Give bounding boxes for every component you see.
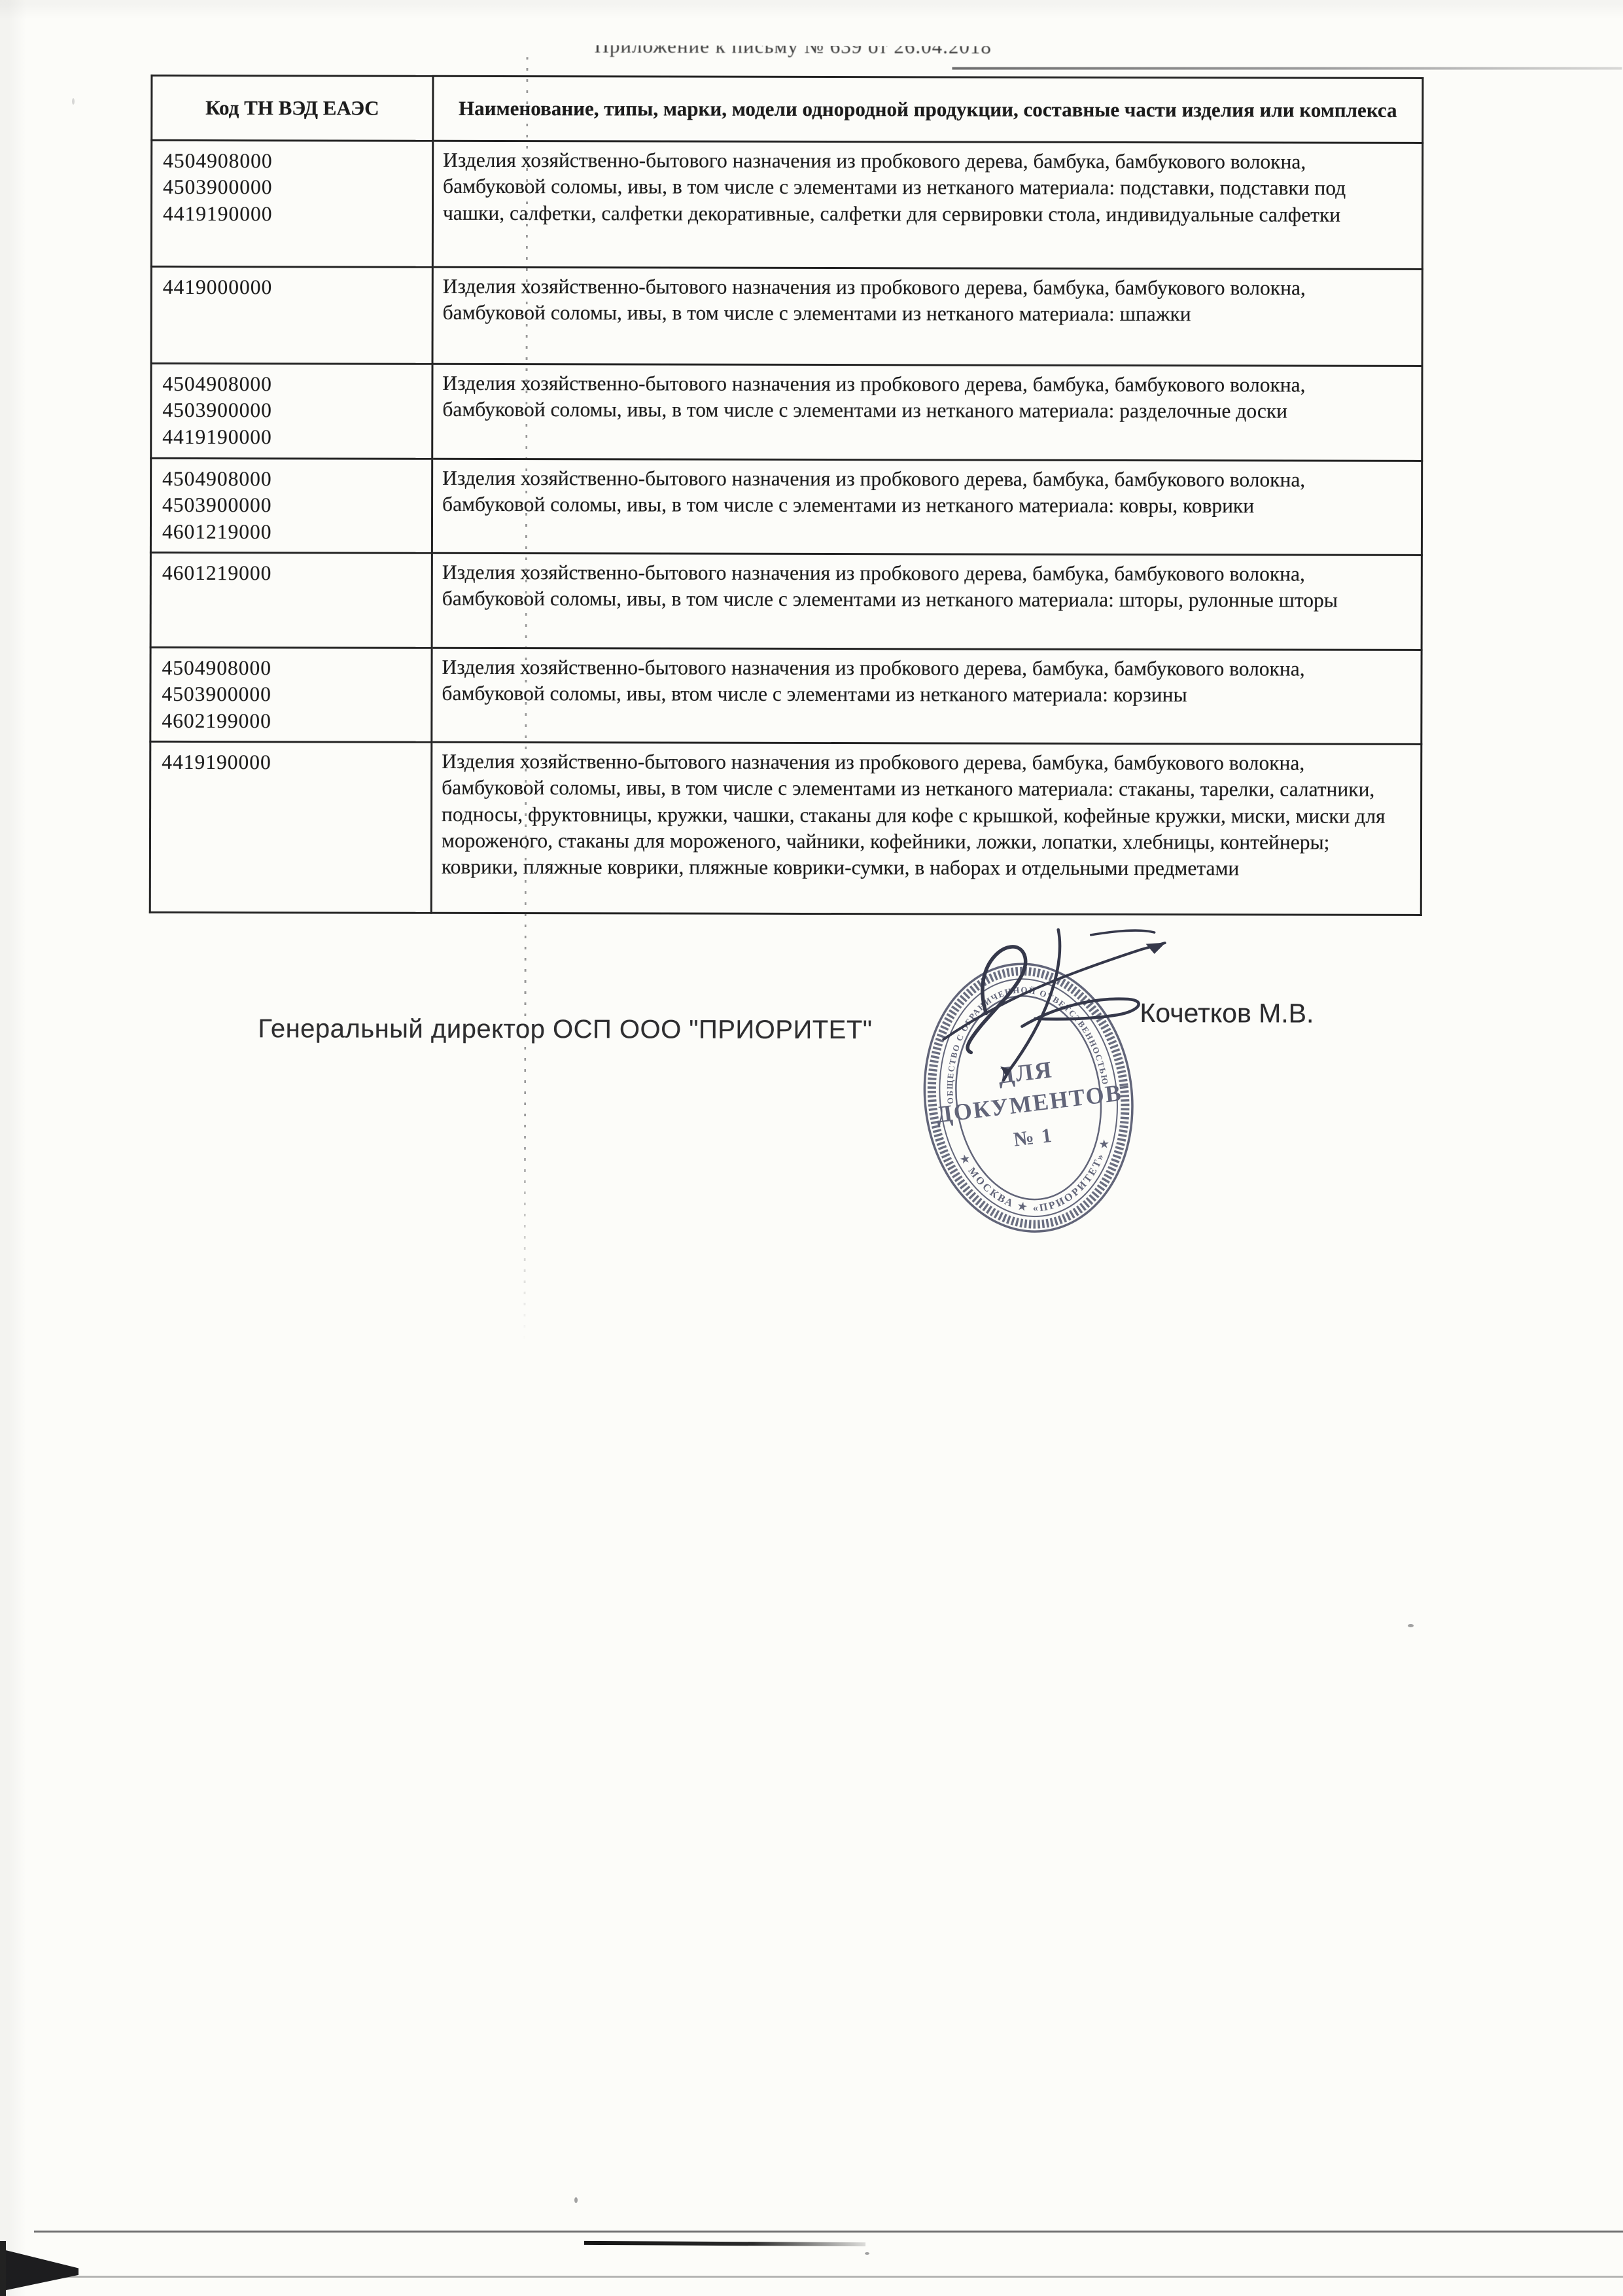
product-description-cell: Изделия хозяйственно-бытового назначения… — [432, 459, 1422, 555]
scan-artifact-line — [18, 2276, 1623, 2278]
column-header-code: Код ТН ВЭД ЕАЭС — [152, 75, 433, 141]
hs-codes-cell: 4504908000 4503900000 4602199000 — [150, 647, 432, 742]
product-description-cell: Изделия хозяйственно-бытового назначения… — [432, 553, 1422, 650]
product-description-cell: Изделия хозяйственно-бытового назначения… — [432, 141, 1422, 269]
scan-artifact-edge-strip — [0, 2241, 6, 2296]
hs-codes-cell: 4504908000 4503900000 4419190000 — [151, 140, 432, 267]
table-row: 4601219000 Изделия хозяйственно-бытового… — [150, 552, 1422, 650]
stamp-center-line3: № 1 — [1012, 1123, 1054, 1151]
product-description-cell: Изделия хозяйственно-бытового назначения… — [432, 648, 1422, 744]
product-description-cell: Изделия хозяйственно-бытового назначения… — [432, 364, 1422, 461]
signatory-title: Генеральный директор ОСП ООО "ПРИОРИТЕТ" — [258, 1014, 872, 1045]
scan-speck — [865, 2252, 869, 2255]
table-row: 4504908000 4503900000 4419190000 Изделия… — [151, 140, 1422, 269]
stamp-ring-bottom-text: ★ МОСКВА ★ «ПРИОРИТЕТ» ★ — [957, 1135, 1119, 1223]
hs-codes-cell: 4601219000 — [150, 552, 432, 648]
hs-codes-cell: 4504908000 4503900000 4419190000 — [151, 363, 432, 459]
handwritten-signature — [924, 915, 1232, 1112]
hs-codes-cell: 4419000000 — [151, 266, 432, 364]
scan-streak — [952, 67, 1622, 70]
scan-artifact-line — [34, 2231, 1623, 2233]
column-header-name: Наименование, типы, марки, модели одноро… — [433, 76, 1423, 143]
scan-speck — [72, 98, 75, 105]
hs-codes-cell: 4419190000 — [150, 741, 432, 913]
table-header-row: Код ТН ВЭД ЕАЭС Наименование, типы, марк… — [152, 75, 1423, 143]
hs-codes-cell: 4504908000 4503900000 4601219000 — [150, 458, 432, 553]
product-description-cell: Изделия хозяйственно-бытового назначения… — [431, 742, 1422, 915]
document-content: Приложение к письму № 639 от 26.04.2018 … — [0, 0, 1623, 2296]
scan-speck — [1408, 1624, 1414, 1627]
scanned-document-page: Приложение к письму № 639 от 26.04.2018 … — [0, 0, 1623, 2296]
table-row: 4504908000 4503900000 4419190000 Изделия… — [151, 363, 1422, 461]
scan-speck — [574, 2197, 578, 2203]
attachment-note-cutoff: Приложение к письму № 639 от 26.04.2018 — [594, 45, 1000, 65]
attachment-note-text: Приложение к письму № 639 от 26.04.2018 — [594, 45, 1000, 58]
table-row: 4504908000 4503900000 4602199000 Изделия… — [150, 647, 1422, 744]
product-description-cell: Изделия хозяйственно-бытового назначения… — [432, 267, 1422, 366]
product-codes-table: Код ТН ВЭД ЕАЭС Наименование, типы, марк… — [149, 75, 1424, 916]
table-row: 4419190000 Изделия хозяйственно-бытового… — [150, 741, 1422, 915]
table-row: 4419000000 Изделия хозяйственно-бытового… — [151, 266, 1422, 366]
table-row: 4504908000 4503900000 4601219000 Изделия… — [150, 458, 1422, 555]
